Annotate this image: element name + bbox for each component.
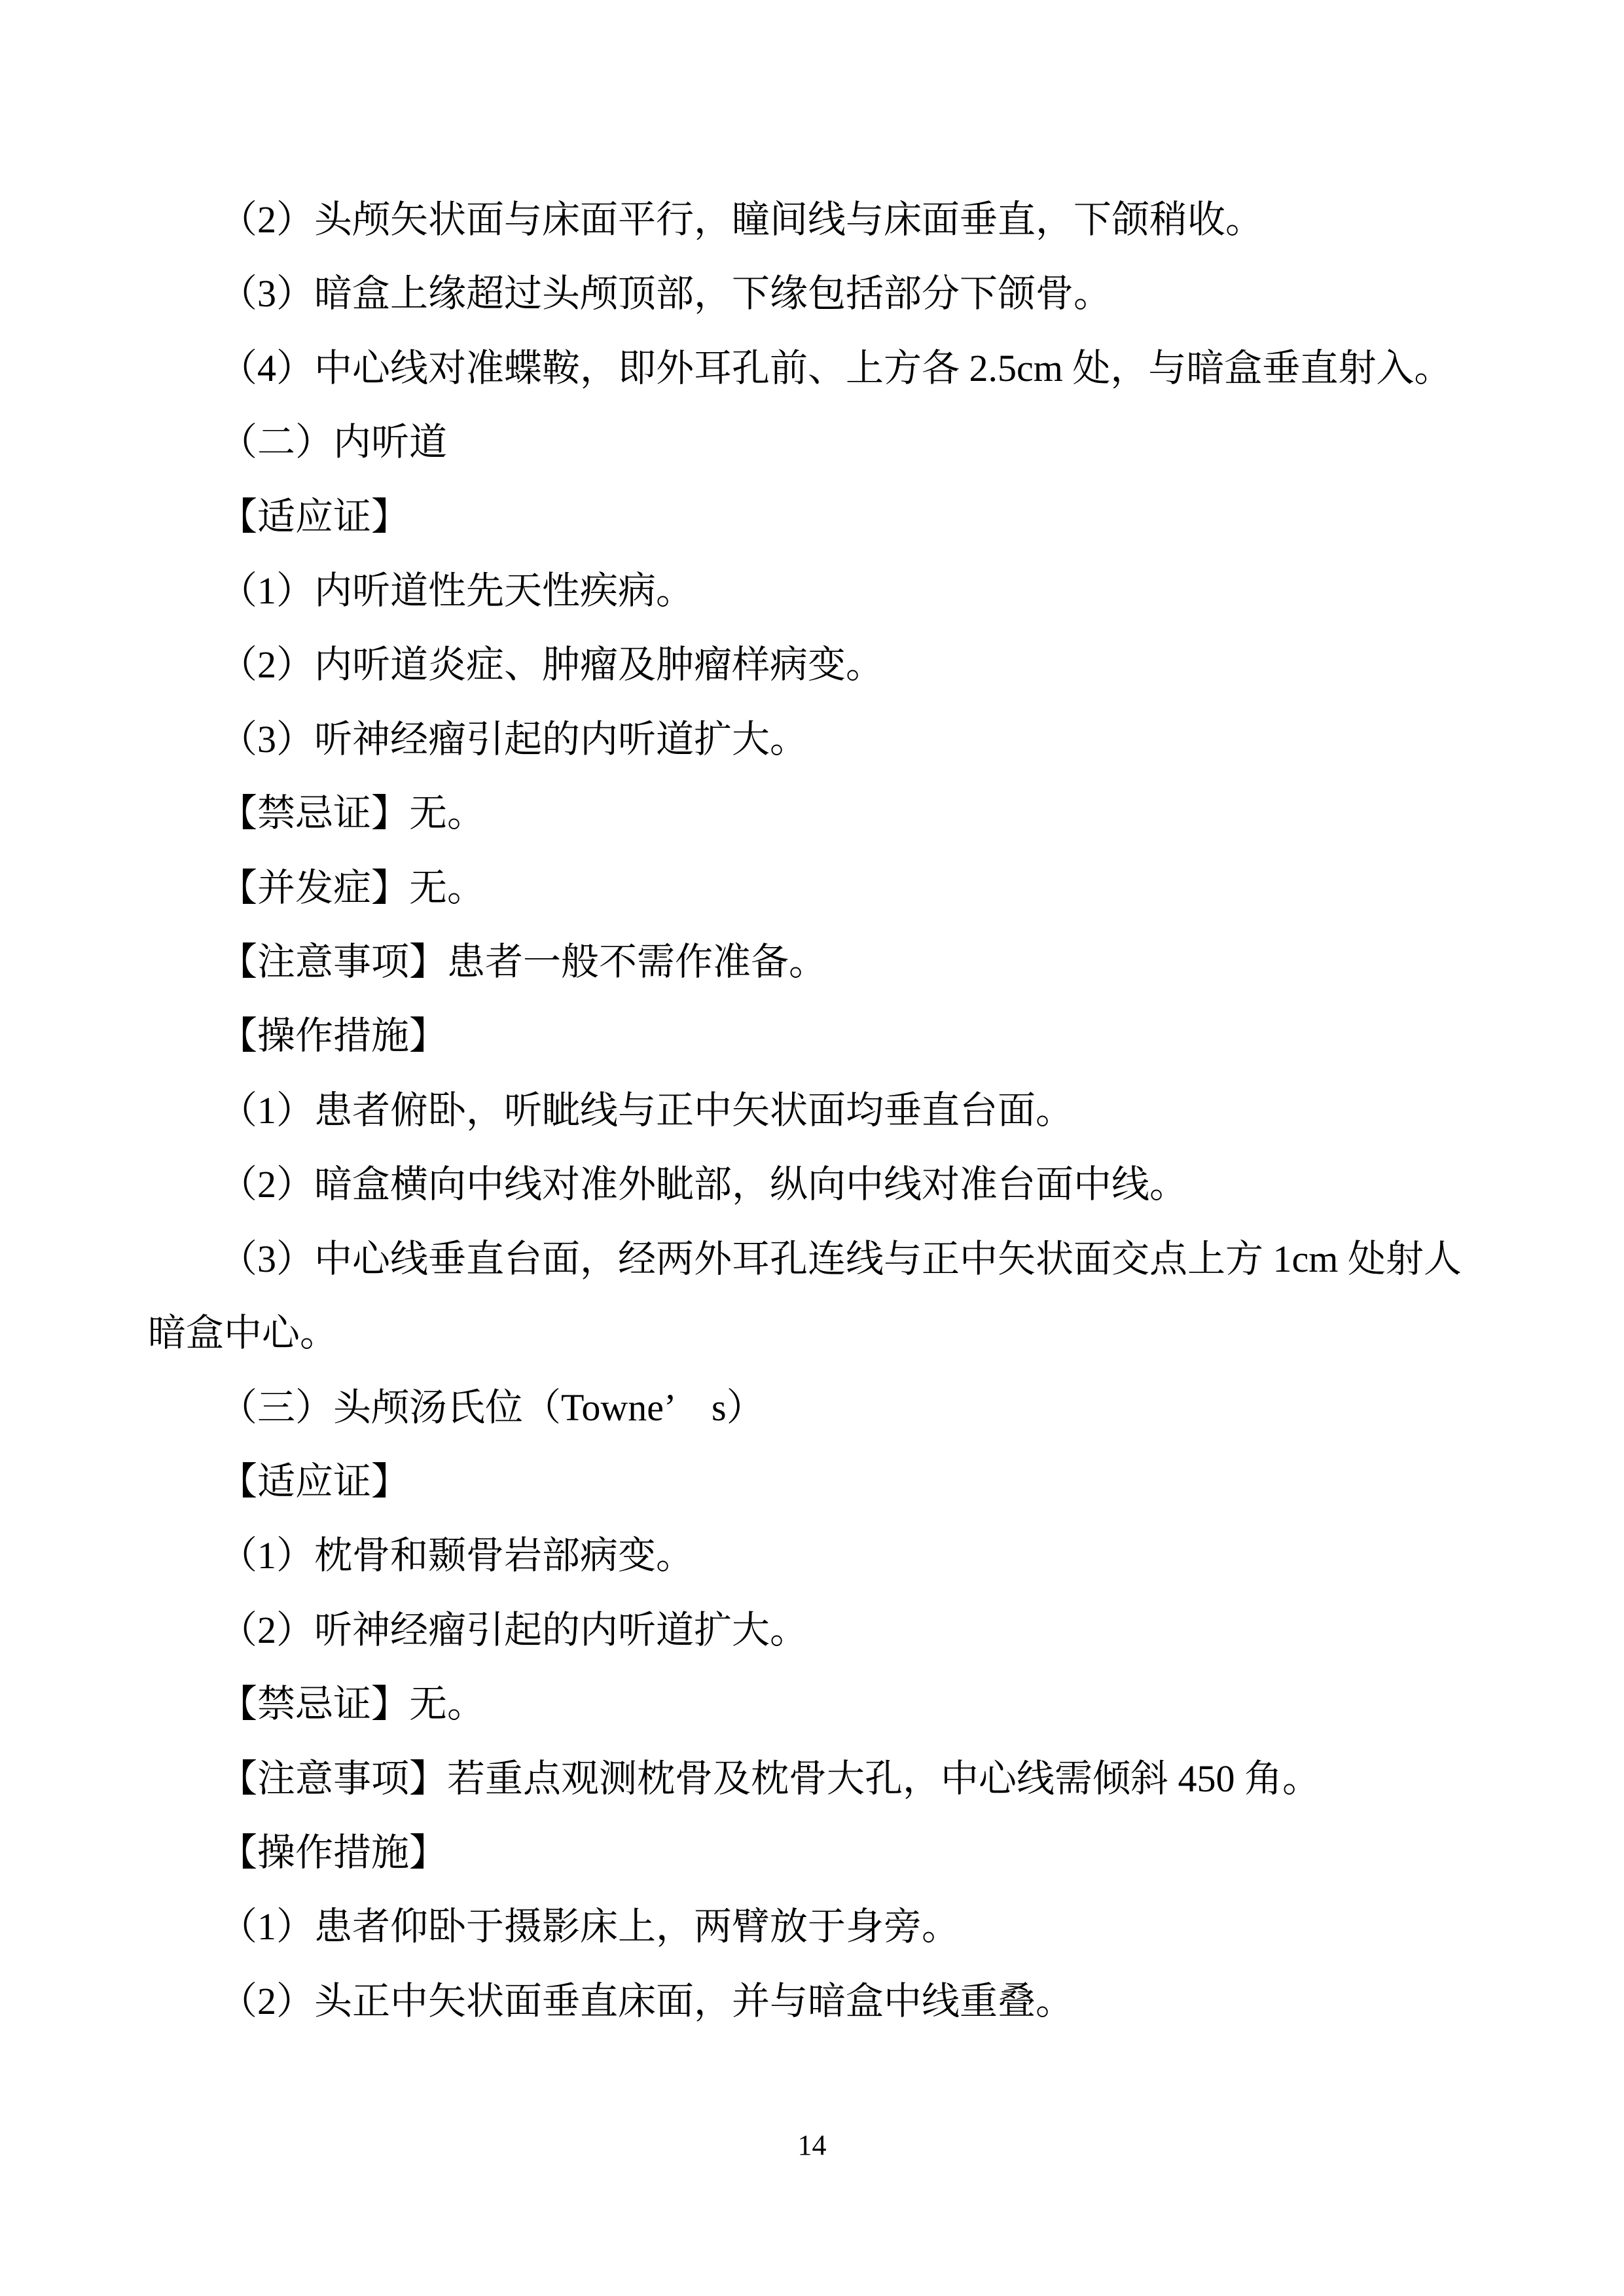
- field-label-line: 【操作措施】: [148, 1816, 1575, 1890]
- list-item-line: （1）患者俯卧，听眦线与正中矢状面均垂直台面。: [148, 1073, 1575, 1147]
- list-item-line: （2）内听道炎症、肿瘤及肿瘤样病变。: [148, 628, 1575, 702]
- list-item-line: （2）头颅矢状面与床面平行，瞳间线与床面垂直，下颌稍收。: [148, 183, 1575, 257]
- field-label-line: 【操作措施】: [148, 999, 1575, 1073]
- list-item-line: （3）听神经瘤引起的内听道扩大。: [148, 702, 1575, 776]
- page-number: 14: [0, 2128, 1624, 2162]
- list-item-line: （1）枕骨和颞骨岩部病变。: [148, 1518, 1575, 1592]
- text-block: （2）头颅矢状面与床面平行，瞳间线与床面垂直，下颌稍收。 （3）暗盒上缘超过头颅…: [148, 183, 1575, 2038]
- list-item-line: （1）患者仰卧于摄影床上，两臂放于身旁。: [148, 1890, 1575, 1964]
- field-label-line: 【禁忌证】无。: [148, 1667, 1575, 1741]
- field-label-line: 【适应证】: [148, 1444, 1575, 1518]
- list-item-line: （1）内听道性先天性疾病。: [148, 554, 1575, 628]
- field-label-line: 【禁忌证】无。: [148, 776, 1575, 850]
- field-label-line: 【并发症】无。: [148, 851, 1575, 925]
- continuation-line: 暗盒中心。: [148, 1296, 1575, 1370]
- list-item-line: （2）暗盒横向中线对准外眦部，纵向中线对准台面中线。: [148, 1147, 1575, 1221]
- field-label-line: 【注意事项】患者一般不需作准备。: [148, 925, 1575, 999]
- list-item-line: （2）听神经瘤引起的内听道扩大。: [148, 1593, 1575, 1667]
- list-item-line: （2）头正中矢状面垂直床面，并与暗盒中线重叠。: [148, 1964, 1575, 2038]
- section-heading: （二）内听道: [148, 405, 1575, 479]
- list-item-line: （3）中心线垂直台面，经两外耳孔连线与正中矢状面交点上方 1cm 处射人: [148, 1222, 1575, 1296]
- document-page: （2）头颅矢状面与床面平行，瞳间线与床面垂直，下颌稍收。 （3）暗盒上缘超过头颅…: [0, 0, 1624, 2296]
- list-item-line: （4）中心线对准蝶鞍，即外耳孔前、上方各 2.5cm 处，与暗盒垂直射入。: [148, 331, 1575, 405]
- field-label-line: 【注意事项】若重点观测枕骨及枕骨大孔，中心线需倾斜 450 角。: [148, 1742, 1575, 1816]
- field-label-line: 【适应证】: [148, 480, 1575, 554]
- section-heading: （三）头颅汤氏位（Towne’ s）: [148, 1371, 1575, 1444]
- list-item-line: （3）暗盒上缘超过头颅顶部，下缘包括部分下颌骨。: [148, 257, 1575, 331]
